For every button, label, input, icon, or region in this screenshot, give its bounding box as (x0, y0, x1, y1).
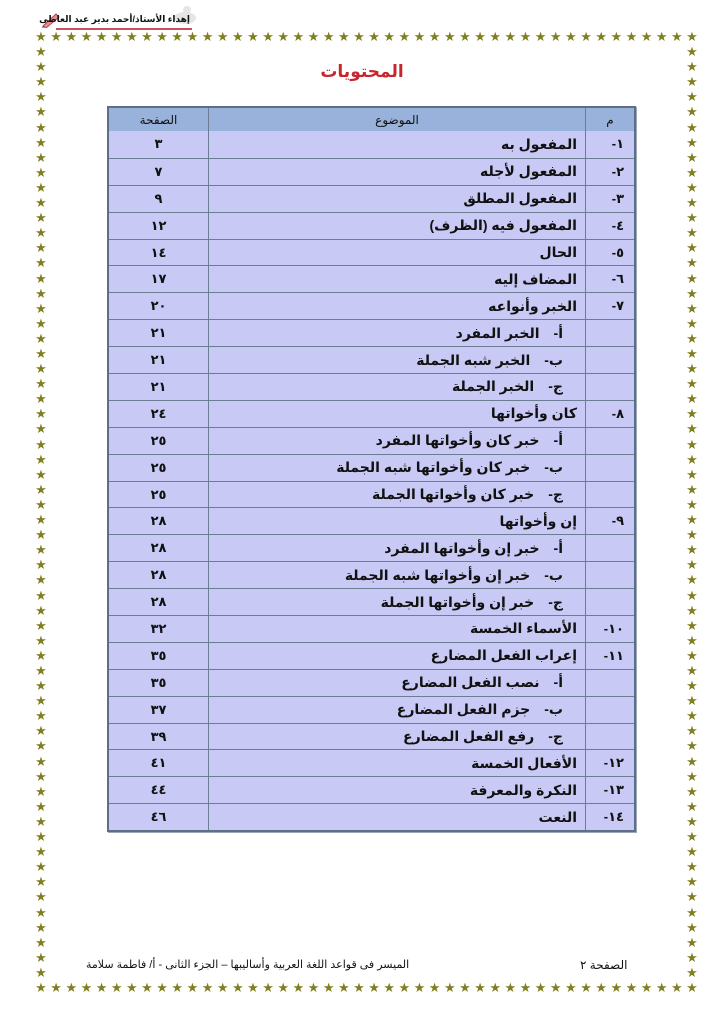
star-icon: ★ (202, 31, 214, 43)
star-icon: ★ (444, 31, 456, 43)
star-icon: ★ (35, 922, 47, 934)
star-icon: ★ (35, 303, 47, 315)
star-icon: ★ (459, 31, 471, 43)
star-icon: ★ (686, 484, 698, 496)
star-icon: ★ (35, 167, 47, 179)
star-icon: ★ (686, 831, 698, 843)
topic-text: جزم الفعل المضارع (397, 701, 531, 718)
star-icon: ★ (35, 423, 47, 435)
star-icon: ★ (398, 31, 410, 43)
star-icon: ★ (459, 982, 471, 994)
row-number: ١٢- (585, 750, 634, 776)
star-icon: ★ (686, 756, 698, 768)
star-icon: ★ (686, 771, 698, 783)
page-number-cell: ١٢ (109, 213, 208, 239)
star-icon: ★ (610, 31, 622, 43)
star-icon: ★ (80, 982, 92, 994)
star-icon: ★ (429, 982, 441, 994)
topic-cell: إن وأخواتها (208, 508, 585, 534)
topic-text: إعراب الفعل المضارع (431, 647, 577, 664)
topic-text: النكرة والمعرفة (470, 782, 577, 799)
star-icon: ★ (686, 182, 698, 194)
page-number-cell: ٢٥ (109, 428, 208, 454)
column-header-num: م (585, 108, 634, 131)
topic-cell: الأفعال الخمسة (208, 750, 585, 776)
topic-cell: إعراب الفعل المضارع (208, 643, 585, 669)
star-icon: ★ (686, 650, 698, 662)
row-number: ٣- (585, 186, 634, 212)
star-icon: ★ (686, 318, 698, 330)
row-number (585, 535, 634, 561)
star-icon: ★ (686, 544, 698, 556)
subtopic-letter: أ- (554, 325, 563, 342)
star-icon: ★ (35, 484, 47, 496)
star-icon: ★ (35, 665, 47, 677)
subtopic-cell: أ-نصب الفعل المضارع (208, 670, 585, 696)
page-number-cell: ٩ (109, 186, 208, 212)
row-number: ١٤- (585, 804, 634, 830)
topic-text: رفع الفعل المضارع (403, 728, 534, 745)
star-icon: ★ (686, 816, 698, 828)
star-icon: ★ (35, 122, 47, 134)
star-icon: ★ (686, 303, 698, 315)
star-icon: ★ (686, 529, 698, 541)
star-icon: ★ (686, 378, 698, 390)
subtopic-cell: أ-خبر إن وأخواتها المفرد (208, 535, 585, 561)
star-icon: ★ (35, 439, 47, 451)
row-number: ٨- (585, 401, 634, 427)
table-row: ١٣-النكرة والمعرفة٤٤ (109, 776, 634, 803)
table-row: ١١-إعراب الفعل المضارع٣٥ (109, 642, 634, 669)
subtopic-cell: ب-الخبر شبه الجملة (208, 347, 585, 373)
star-icon: ★ (686, 740, 698, 752)
page-number-cell: ٢٨ (109, 508, 208, 534)
topic-text: خبر كان وأخواتها الجملة (372, 486, 534, 503)
table-row: ١٤-النعت٤٦ (109, 803, 634, 830)
row-number (585, 724, 634, 750)
star-icon: ★ (686, 439, 698, 451)
row-number (585, 428, 634, 454)
table-row: أ-خبر إن وأخواتها المفرد٢٨ (109, 534, 634, 561)
page-number-cell: ٣٥ (109, 643, 208, 669)
table-row: ب-الخبر شبه الجملة٢١ (109, 346, 634, 373)
page-number-cell: ٣٢ (109, 616, 208, 642)
page-number-cell: ٢١ (109, 374, 208, 400)
star-icon: ★ (262, 31, 274, 43)
row-number: ٤- (585, 213, 634, 239)
topic-text: الأفعال الخمسة (471, 755, 577, 772)
star-icon: ★ (35, 31, 47, 43)
star-icon: ★ (35, 273, 47, 285)
topic-text: خبر كان وأخواتها المفرد (376, 432, 540, 449)
star-icon: ★ (686, 363, 698, 375)
table-body: ١-المفعول به٣٢-المفعول لأجله٧٣-المفعول ا… (109, 131, 634, 830)
row-number (585, 455, 634, 481)
table-row: ١-المفعول به٣ (109, 131, 634, 158)
star-icon: ★ (35, 725, 47, 737)
star-icon: ★ (126, 982, 138, 994)
footer-book-title: الميسر فى قواعد اللغة العربية وأساليبها … (86, 958, 409, 971)
row-number: ٢- (585, 159, 634, 185)
star-icon: ★ (308, 31, 320, 43)
subtopic-letter: ج- (548, 728, 563, 745)
page-number-cell: ٢٥ (109, 482, 208, 508)
star-icon: ★ (171, 982, 183, 994)
star-icon: ★ (686, 273, 698, 285)
topic-text: خبر إن وأخواتها الجملة (381, 594, 535, 611)
star-icon: ★ (550, 31, 562, 43)
row-number: ٧- (585, 293, 634, 319)
star-icon: ★ (232, 31, 244, 43)
star-icon: ★ (504, 982, 516, 994)
star-icon: ★ (686, 514, 698, 526)
star-icon: ★ (686, 574, 698, 586)
star-icon: ★ (686, 680, 698, 692)
table-row: ٦-المضاف إليه١٧ (109, 265, 634, 292)
star-icon: ★ (686, 695, 698, 707)
topic-text: المفعول فيه (الظرف) (430, 217, 578, 234)
star-icon: ★ (686, 710, 698, 722)
star-icon: ★ (35, 771, 47, 783)
table-row: ٧-الخبر وأنواعه٢٠ (109, 292, 634, 319)
star-icon: ★ (595, 31, 607, 43)
page-number-cell: ١٤ (109, 240, 208, 266)
star-icon: ★ (35, 650, 47, 662)
star-icon: ★ (686, 91, 698, 103)
star-icon: ★ (35, 288, 47, 300)
star-icon: ★ (686, 212, 698, 224)
row-number: ١١- (585, 643, 634, 669)
table-row: ب-جزم الفعل المضارع٣٧ (109, 696, 634, 723)
star-icon: ★ (35, 740, 47, 752)
star-icon: ★ (141, 982, 153, 994)
star-icon: ★ (656, 31, 668, 43)
star-icon: ★ (35, 91, 47, 103)
star-icon: ★ (535, 31, 547, 43)
row-number: ١- (585, 131, 634, 158)
table-row: ١٠-الأسماء الخمسة٣٢ (109, 615, 634, 642)
subtopic-letter: ب- (544, 352, 563, 369)
table-row: أ-نصب الفعل المضارع٣٥ (109, 669, 634, 696)
topic-text: إن وأخواتها (499, 513, 577, 530)
star-icon: ★ (595, 982, 607, 994)
page-number-cell: ٢٤ (109, 401, 208, 427)
star-icon: ★ (35, 106, 47, 118)
page-number-cell: ٢١ (109, 347, 208, 373)
star-icon: ★ (641, 982, 653, 994)
topic-text: الخبر المفرد (456, 325, 540, 342)
column-header-page: الصفحة (109, 108, 208, 131)
star-icon: ★ (35, 529, 47, 541)
topic-cell: الأسماء الخمسة (208, 616, 585, 642)
topic-text: خبر كان وأخواتها شبه الجملة (336, 459, 530, 476)
star-icon: ★ (686, 861, 698, 873)
star-icon: ★ (686, 620, 698, 632)
subtopic-letter: ب- (544, 567, 563, 584)
star-icon: ★ (686, 891, 698, 903)
star-icon: ★ (35, 333, 47, 345)
subtopic-cell: ج-رفع الفعل المضارع (208, 724, 585, 750)
table-row: ٨-كان وأخواتها٢٤ (109, 400, 634, 427)
star-icon: ★ (413, 982, 425, 994)
star-icon: ★ (35, 695, 47, 707)
topic-text: المضاف إليه (494, 271, 577, 288)
page-number-cell: ٢٠ (109, 293, 208, 319)
page-number-cell: ٣٧ (109, 697, 208, 723)
subtopic-cell: ج-الخبر الجملة (208, 374, 585, 400)
star-icon: ★ (277, 31, 289, 43)
star-icon: ★ (323, 31, 335, 43)
star-icon: ★ (35, 499, 47, 511)
star-icon: ★ (217, 31, 229, 43)
star-icon: ★ (686, 288, 698, 300)
star-icon: ★ (686, 469, 698, 481)
star-icon: ★ (489, 982, 501, 994)
star-icon: ★ (686, 590, 698, 602)
star-icon: ★ (368, 31, 380, 43)
row-number (585, 347, 634, 373)
star-icon: ★ (474, 982, 486, 994)
topic-cell: المضاف إليه (208, 266, 585, 292)
star-icon: ★ (80, 31, 92, 43)
star-icon: ★ (35, 544, 47, 556)
star-icon: ★ (35, 816, 47, 828)
row-number (585, 320, 634, 346)
subtopic-letter: ج- (548, 486, 563, 503)
table-row: ج-خبر إن وأخواتها الجملة٢٨ (109, 588, 634, 615)
star-icon: ★ (35, 574, 47, 586)
star-icon: ★ (292, 982, 304, 994)
star-icon: ★ (429, 31, 441, 43)
star-icon: ★ (35, 907, 47, 919)
topic-text: المفعول المطلق (463, 190, 577, 207)
star-icon: ★ (686, 46, 698, 58)
row-number: ٦- (585, 266, 634, 292)
row-number: ٩- (585, 508, 634, 534)
row-number (585, 589, 634, 615)
star-icon: ★ (96, 982, 108, 994)
star-icon: ★ (308, 982, 320, 994)
page-number-cell: ٢١ (109, 320, 208, 346)
page-number-cell: ٢٥ (109, 455, 208, 481)
table-row: أ-خبر كان وأخواتها المفرد٢٥ (109, 427, 634, 454)
star-icon: ★ (686, 106, 698, 118)
star-icon: ★ (35, 514, 47, 526)
star-icon: ★ (686, 937, 698, 949)
star-icon: ★ (686, 454, 698, 466)
star-icon: ★ (35, 846, 47, 858)
star-icon: ★ (383, 982, 395, 994)
star-icon: ★ (35, 393, 47, 405)
page-number-cell: ٢٨ (109, 562, 208, 588)
subtopic-cell: ب-جزم الفعل المضارع (208, 697, 585, 723)
star-icon: ★ (686, 786, 698, 798)
star-icon: ★ (65, 31, 77, 43)
page-title: المحتويات (0, 62, 724, 82)
table-row: ٣-المفعول المطلق٩ (109, 185, 634, 212)
star-icon: ★ (35, 227, 47, 239)
row-number (585, 374, 634, 400)
page-number-cell: ٧ (109, 159, 208, 185)
star-icon: ★ (686, 982, 698, 994)
star-icon: ★ (156, 982, 168, 994)
page-number-cell: ٢٨ (109, 589, 208, 615)
star-icon: ★ (686, 499, 698, 511)
star-icon: ★ (156, 31, 168, 43)
star-icon: ★ (35, 408, 47, 420)
page-number-cell: ٤٤ (109, 777, 208, 803)
subtopic-cell: أ-الخبر المفرد (208, 320, 585, 346)
star-icon: ★ (35, 212, 47, 224)
star-icon: ★ (35, 891, 47, 903)
star-icon: ★ (686, 922, 698, 934)
star-icon: ★ (686, 152, 698, 164)
star-icon: ★ (686, 137, 698, 149)
star-icon: ★ (35, 861, 47, 873)
table-row: ٤-المفعول فيه (الظرف)١٢ (109, 212, 634, 239)
subtopic-cell: ب-خبر إن وأخواتها شبه الجملة (208, 562, 585, 588)
topic-text: المفعول به (501, 136, 577, 153)
star-icon: ★ (686, 846, 698, 858)
star-icon: ★ (247, 31, 259, 43)
subtopic-letter: أ- (554, 432, 563, 449)
star-icon: ★ (671, 31, 683, 43)
star-icon: ★ (35, 348, 47, 360)
star-icon: ★ (111, 31, 123, 43)
star-icon: ★ (292, 31, 304, 43)
star-icon: ★ (35, 559, 47, 571)
row-number (585, 697, 634, 723)
subtopic-letter: ج- (548, 378, 563, 395)
topic-text: كان وأخواتها (491, 405, 577, 422)
star-icon: ★ (232, 982, 244, 994)
topic-cell: المفعول المطلق (208, 186, 585, 212)
star-icon: ★ (686, 952, 698, 964)
topic-cell: النعت (208, 804, 585, 830)
star-icon: ★ (262, 982, 274, 994)
star-icon: ★ (35, 876, 47, 888)
star-icon: ★ (35, 605, 47, 617)
star-icon: ★ (625, 31, 637, 43)
topic-text: الخبر الجملة (452, 378, 534, 395)
star-icon: ★ (398, 982, 410, 994)
star-icon: ★ (96, 31, 108, 43)
star-icon: ★ (35, 831, 47, 843)
table-row: ج-الخبر الجملة٢١ (109, 373, 634, 400)
topic-text: المفعول لأجله (480, 163, 577, 180)
star-icon: ★ (338, 31, 350, 43)
table-row: ج-رفع الفعل المضارع٣٩ (109, 723, 634, 750)
column-header-topic: الموضوع (208, 108, 585, 131)
star-icon: ★ (35, 635, 47, 647)
star-icon: ★ (686, 227, 698, 239)
subtopic-cell: أ-خبر كان وأخواتها المفرد (208, 428, 585, 454)
star-icon: ★ (35, 590, 47, 602)
table-row: ب-خبر إن وأخواتها شبه الجملة٢٨ (109, 561, 634, 588)
star-icon: ★ (35, 786, 47, 798)
contents-table: م الموضوع الصفحة ١-المفعول به٣٢-المفعول … (107, 106, 636, 832)
star-icon: ★ (580, 982, 592, 994)
star-icon: ★ (625, 982, 637, 994)
star-icon: ★ (413, 31, 425, 43)
star-icon: ★ (686, 605, 698, 617)
star-icon: ★ (504, 31, 516, 43)
star-icon: ★ (35, 680, 47, 692)
star-icon: ★ (353, 31, 365, 43)
star-icon: ★ (35, 152, 47, 164)
table-row: ١٢-الأفعال الخمسة٤١ (109, 749, 634, 776)
page-number-cell: ٢٨ (109, 535, 208, 561)
star-icon: ★ (686, 167, 698, 179)
row-number (585, 482, 634, 508)
topic-text: نصب الفعل المضارع (401, 674, 539, 691)
subtopic-cell: ج-خبر كان وأخواتها الجملة (208, 482, 585, 508)
star-icon: ★ (35, 182, 47, 194)
star-icon: ★ (686, 423, 698, 435)
star-icon: ★ (565, 31, 577, 43)
star-icon: ★ (686, 725, 698, 737)
star-icon: ★ (171, 31, 183, 43)
star-icon: ★ (686, 967, 698, 979)
footer-page-number: الصفحة ٢ (580, 958, 627, 972)
star-icon: ★ (35, 242, 47, 254)
star-icon: ★ (489, 31, 501, 43)
star-icon: ★ (323, 982, 335, 994)
star-icon: ★ (50, 982, 62, 994)
star-icon: ★ (671, 982, 683, 994)
topic-text: النعت (539, 809, 578, 826)
star-icon: ★ (35, 801, 47, 813)
star-icon: ★ (444, 982, 456, 994)
subtopic-cell: ب-خبر كان وأخواتها شبه الجملة (208, 455, 585, 481)
star-icon: ★ (35, 197, 47, 209)
star-icon: ★ (565, 982, 577, 994)
subtopic-cell: ج-خبر إن وأخواتها الجملة (208, 589, 585, 615)
topic-text: الحال (539, 244, 577, 261)
star-icon: ★ (353, 982, 365, 994)
star-icon: ★ (686, 122, 698, 134)
dedication-underline (56, 28, 192, 30)
topic-cell: المفعول لأجله (208, 159, 585, 185)
topic-text: الأسماء الخمسة (470, 620, 577, 637)
star-icon: ★ (50, 31, 62, 43)
table-row: ٩-إن وأخواتها٢٨ (109, 507, 634, 534)
star-icon: ★ (686, 408, 698, 420)
page-number-cell: ٣ (109, 131, 208, 158)
topic-text: خبر إن وأخواتها المفرد (384, 540, 539, 557)
subtopic-letter: أ- (554, 674, 563, 691)
star-icon: ★ (686, 31, 698, 43)
star-icon: ★ (686, 393, 698, 405)
star-icon: ★ (610, 982, 622, 994)
star-icon: ★ (65, 982, 77, 994)
star-icon: ★ (35, 967, 47, 979)
table-header-row: م الموضوع الصفحة (109, 108, 634, 131)
page-number-cell: ١٧ (109, 266, 208, 292)
topic-cell: الخبر وأنواعه (208, 293, 585, 319)
star-icon: ★ (35, 454, 47, 466)
topic-cell: الحال (208, 240, 585, 266)
subtopic-letter: ب- (544, 701, 563, 718)
star-icon: ★ (686, 559, 698, 571)
star-icon: ★ (519, 982, 531, 994)
star-icon: ★ (35, 756, 47, 768)
star-icon: ★ (656, 982, 668, 994)
star-icon: ★ (35, 937, 47, 949)
topic-cell: كان وأخواتها (208, 401, 585, 427)
star-icon: ★ (641, 31, 653, 43)
table-row: ج-خبر كان وأخواتها الجملة٢٥ (109, 481, 634, 508)
